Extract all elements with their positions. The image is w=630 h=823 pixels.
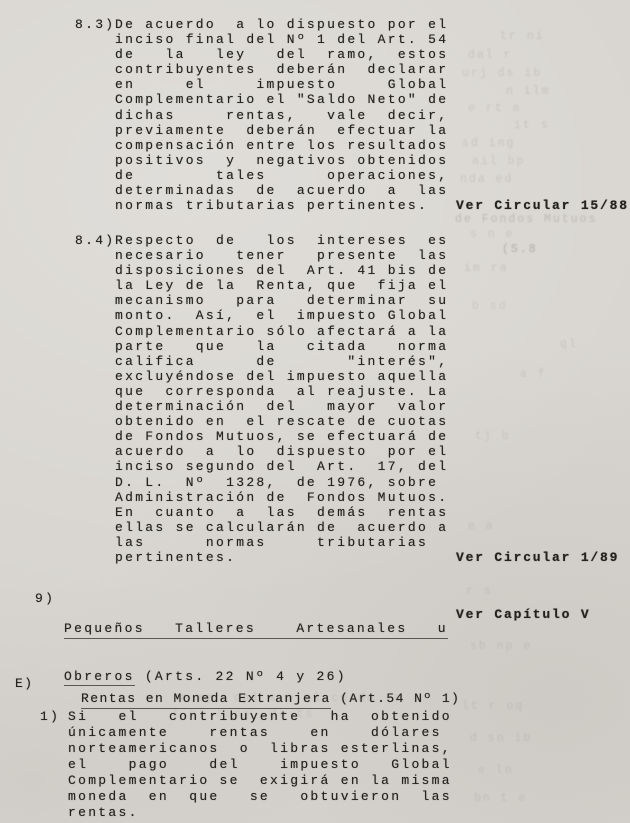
- section-8-4-paragraph: Respecto de los intereses es necesario t…: [115, 233, 448, 565]
- margin-reference-capitulo-v: Ver Capítulo V: [456, 607, 590, 622]
- bleedthrough-mark: tr ni: [500, 30, 545, 43]
- margin-reference-circular-15-88: Ver Circular 15/88: [456, 198, 629, 213]
- bleedthrough-mark: e rt a: [468, 102, 521, 115]
- bleedthrough-mark: nda ed: [460, 173, 513, 186]
- bleedthrough-mark: d sn ib: [470, 732, 532, 745]
- section-e-heading-underlined: Rentas en Moneda Extranjera: [81, 691, 331, 709]
- bleedthrough-mark: sb np e: [470, 640, 532, 653]
- bleedthrough-mark: dal r: [468, 49, 513, 62]
- margin-reference-circular-1-89: Ver Circular 1/89: [456, 550, 619, 565]
- item-1-number: 1): [40, 709, 60, 724]
- section-8-3-paragraph: De acuerdo a lo dispuesto por el inciso …: [115, 17, 448, 213]
- section-e-letter: E): [15, 676, 34, 691]
- bleedthrough-mark: r s: [466, 585, 493, 598]
- bleedthrough-mark: de Fondos Mutuos: [455, 213, 597, 226]
- bleedthrough-mark: (S.8: [502, 243, 538, 256]
- bleedthrough-mark: ail bp: [472, 155, 525, 168]
- section-8-4-number: 8.4): [75, 233, 115, 248]
- bleedthrough-mark: lt r oq: [462, 700, 524, 713]
- section-9-heading-line1: Pequeños Talleres Artesanales u: [64, 621, 448, 639]
- section-8-3-number: 8.3): [75, 17, 115, 32]
- bleedthrough-mark: b sd: [472, 300, 508, 313]
- bleedthrough-mark: ql: [560, 338, 578, 351]
- bleedthrough-mark: it s: [514, 119, 550, 132]
- section-e-heading-rest: (Art.54 Nº 1): [331, 691, 461, 706]
- bleedthrough-mark: im ra: [464, 262, 509, 275]
- bleedthrough-mark: tj b: [475, 430, 511, 443]
- section-9-number: 9): [35, 591, 55, 606]
- bleedthrough-mark: e a: [468, 520, 495, 533]
- document-page: tr nidal rurj ds ibn ilme rt ait ssd ing…: [0, 0, 630, 823]
- bleedthrough-mark: sd ing: [462, 137, 515, 150]
- bleedthrough-mark: bn t e: [474, 792, 527, 805]
- item-1-paragraph: Si el contribuyente ha obtenido únicamen…: [68, 709, 452, 821]
- bleedthrough-mark: e ln: [478, 764, 514, 777]
- bleedthrough-mark: n ilm: [506, 85, 551, 98]
- bleedthrough-mark: urj ds ib: [462, 67, 542, 80]
- bleedthrough-mark: s n e: [470, 228, 515, 241]
- bleedthrough-mark: a f: [520, 368, 547, 381]
